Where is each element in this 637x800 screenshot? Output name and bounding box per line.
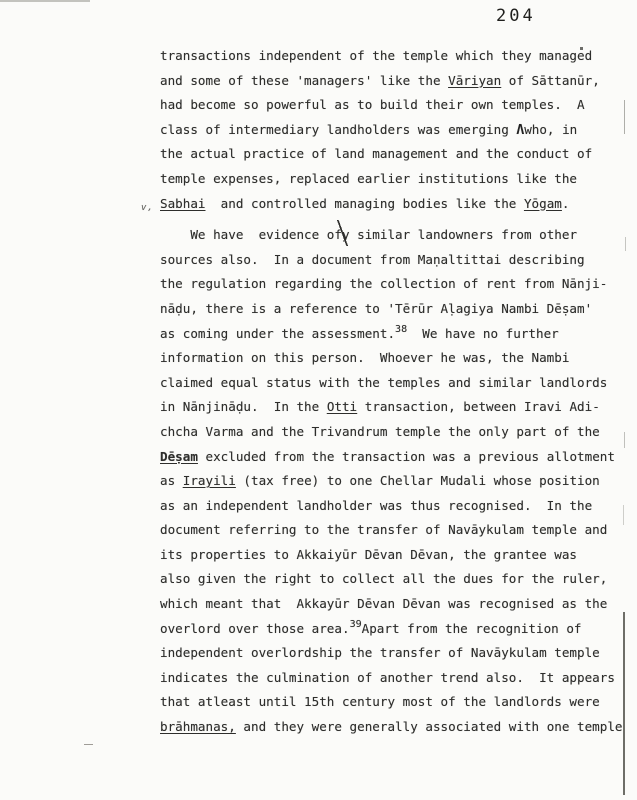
scan-artifact (0, 0, 90, 2)
text-segment: and they were generally associated with … (236, 719, 623, 734)
text-segment: excluded from the transaction was a prev… (198, 449, 615, 464)
text-line: sources also. In a document from Maṇalti… (160, 248, 610, 273)
text-segment: as coming under the assessment. (160, 326, 395, 341)
text-segment: We have evidence o (160, 227, 334, 242)
text-line: brāhmanas, and they were generally assoc… (160, 715, 610, 740)
text-segment: in Nānjināḍu. In the (160, 399, 327, 414)
text-line: overlord over those area.39Apart from th… (160, 617, 610, 642)
text-segment: indicates the culmination of another tre… (160, 670, 615, 685)
text-segment: nāḍu, there is a reference to 'Tērūr Aḷa… (160, 301, 592, 316)
text-segment: the actual practice of land management a… (160, 146, 592, 161)
page-body: transactions independent of the temple w… (160, 44, 610, 740)
text-segment: Apart from the recognition of (362, 621, 582, 636)
text-segment-u: Sabhai (160, 196, 206, 211)
text-line: class of intermediary landholders was em… (160, 118, 610, 143)
text-line: chcha Varma and the Trivandrum temple th… (160, 420, 610, 445)
text-line: the actual practice of land management a… (160, 142, 610, 167)
text-line: the regulation regarding the collection … (160, 272, 610, 297)
text-line: also given the right to collect all the … (160, 567, 610, 592)
text-segment: information on this person. Whoever he w… (160, 350, 569, 365)
text-segment: We have no further (407, 326, 559, 341)
text-segment: had become so powerful as to build their… (160, 97, 585, 112)
text-line: We have evidence ofy similar landowners … (160, 223, 610, 248)
text-segment: sources also. In a document from Maṇalti… (160, 252, 585, 267)
text-line: as Irayili (tax free) to one Chellar Mud… (160, 469, 610, 494)
text-segment: overlord over those area. (160, 621, 350, 636)
text-segment-sup: 38 (395, 324, 407, 335)
text-line: in Nānjināḍu. In the Otti transaction, b… (160, 395, 610, 420)
text-segment-ins: Λ (516, 123, 524, 138)
text-line: information on this person. Whoever he w… (160, 346, 610, 371)
text-line: v,Sabhai and controlled managing bodies … (160, 192, 610, 217)
text-segment-u: Irayili (183, 473, 236, 488)
text-segment: . (562, 196, 570, 211)
text-line: its properties to Akkaiyūr Dēvan Dēvan, … (160, 543, 610, 568)
scan-artifact (625, 237, 626, 251)
scan-artifact (580, 47, 583, 50)
text-segment: and some of these 'managers' like the (160, 73, 448, 88)
text-line: nāḍu, there is a reference to 'Tērūr Aḷa… (160, 297, 610, 322)
text-segment-u: brāhmanas, (160, 719, 236, 734)
text-segment: also given the right to collect all the … (160, 571, 607, 586)
text-line: and some of these 'managers' like the Vā… (160, 69, 610, 94)
text-segment: claimed equal status with the temples an… (160, 375, 607, 390)
text-line: claimed equal status with the temples an… (160, 371, 610, 396)
text-segment: which meant that Akkayūr Dēvan Dēvan was… (160, 596, 607, 611)
scanned-page: 204 transactions independent of the temp… (0, 0, 637, 800)
text-line: document referring to the transfer of Na… (160, 518, 610, 543)
scan-artifact (624, 432, 625, 448)
text-segment-u: Vāriyan (448, 73, 501, 88)
text-segment: document referring to the transfer of Na… (160, 522, 607, 537)
text-segment: (tax free) to one Chellar Mudali whose p… (236, 473, 600, 488)
scan-artifact (624, 100, 625, 134)
scan-artifact (623, 505, 624, 525)
text-line: which meant that Akkayūr Dēvan Dēvan was… (160, 592, 610, 617)
scan-artifact (623, 612, 625, 795)
text-segment-bu: Dēṣam (160, 449, 198, 464)
text-segment: the regulation regarding the collection … (160, 276, 607, 291)
text-line: temple expenses, replaced earlier instit… (160, 167, 610, 192)
text-segment: as an independent landholder was thus re… (160, 498, 592, 513)
text-segment: independent overlordship the transfer of… (160, 645, 600, 660)
text-segment: who, in (524, 122, 577, 137)
text-segment: and controlled managing bodies like the (206, 196, 524, 211)
text-segment-u: Otti (327, 399, 357, 414)
text-line: Dēṣam excluded from the transaction was … (160, 445, 610, 470)
text-segment: that atleast until 15th century most of … (160, 694, 600, 709)
text-line: that atleast until 15th century most of … (160, 690, 610, 715)
text-segment: temple expenses, replaced earlier instit… (160, 171, 577, 186)
text-segment-slash: fy (334, 223, 349, 248)
text-segment: similar landowners from other (350, 227, 577, 242)
text-segment-sup: 39 (350, 619, 362, 630)
text-segment: its properties to Akkaiyūr Dēvan Dēvan, … (160, 547, 577, 562)
text-segment: transaction, between Iravi Adi- (357, 399, 600, 414)
text-segment: transactions independent of the temple w… (160, 48, 592, 63)
page-number: 204 (496, 6, 536, 26)
text-line: independent overlordship the transfer of… (160, 641, 610, 666)
text-segment-mnote: v, (141, 196, 154, 221)
scan-artifact (84, 744, 93, 745)
text-segment: class of intermediary landholders was em… (160, 122, 516, 137)
text-segment-u: Yōgam (524, 196, 562, 211)
paragraph: We have evidence ofy similar landowners … (160, 223, 610, 739)
text-line: as coming under the assessment.38 We hav… (160, 322, 610, 347)
text-line: indicates the culmination of another tre… (160, 666, 610, 691)
text-line: transactions independent of the temple w… (160, 44, 610, 69)
text-segment: of Sāttanūr, (501, 73, 600, 88)
text-segment: as (160, 473, 183, 488)
text-line: as an independent landholder was thus re… (160, 494, 610, 519)
text-segment: chcha Varma and the Trivandrum temple th… (160, 424, 600, 439)
paragraph: transactions independent of the temple w… (160, 44, 610, 216)
text-line: had become so powerful as to build their… (160, 93, 610, 118)
